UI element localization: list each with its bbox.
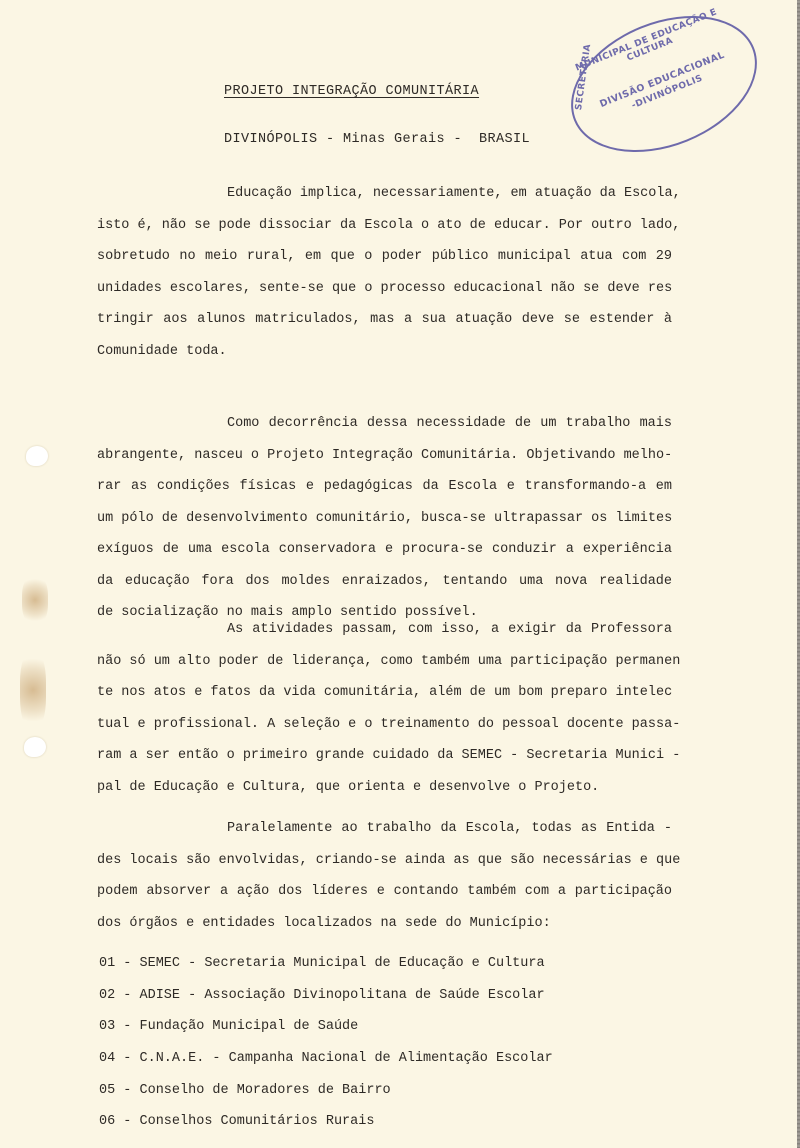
document-title: PROJETO INTEGRAÇÃO COMUNITÁRIA [224,84,479,99]
text-line: podem absorver a ação dos líderes e cont… [97,876,672,908]
text-line: sobretudo no meio rural, em que o poder … [97,241,672,273]
text-line: unidades escolares, sente-se que o proce… [97,273,672,305]
official-stamp: MUNICIPAL DE EDUCAÇÃO E CULTURA SECRETAR… [551,0,777,178]
text-line: Como decorrência dessa necessidade de um… [97,408,672,440]
text-line: ram a ser então o primeiro grande cuidad… [97,740,672,772]
rust-stain [20,650,46,730]
text-line: rar as condições físicas e pedagógicas d… [97,471,672,503]
text-line: pal de Educação e Cultura, que orienta e… [97,772,672,804]
text-line: te nos atos e fatos da vida comunitária,… [97,677,672,709]
text-line: exíguos de uma escola conservadora e pro… [97,534,672,566]
list-item: 06 - Conselhos Comunitários Rurais [99,1106,553,1138]
punch-hole [24,737,46,757]
text-line: tual e profissional. A seleção e o trein… [97,709,672,741]
text-line: Educação implica, necessariamente, em at… [97,178,672,210]
text-line: Paralelamente ao trabalho da Escola, tod… [97,813,672,845]
text-line: des locais são envolvidas, criando-se ai… [97,845,672,877]
text-line: Comunidade toda. [97,336,672,368]
text-line: da educação fora dos moldes enraizados, … [97,566,672,598]
text-line: não só um alto poder de liderança, como … [97,646,672,678]
paragraph-3: As atividades passam, com isso, a exigir… [97,614,672,803]
rust-stain [22,575,48,625]
list-item: 01 - SEMEC - Secretaria Municipal de Edu… [99,948,553,980]
text-line: isto é, não se pode dissociar da Escola … [97,210,672,242]
paragraph-2: Como decorrência dessa necessidade de um… [97,408,672,629]
entities-list: 01 - SEMEC - Secretaria Municipal de Edu… [99,948,553,1138]
paragraph-1: Educação implica, necessariamente, em at… [97,178,672,367]
list-item: 05 - Conselho de Moradores de Bairro [99,1075,553,1107]
stamp-inner-text: DIVISÃO EDUCACIONAL [572,39,752,120]
text-line: abrangente, nasceu o Projeto Integração … [97,440,672,472]
text-line: um pólo de desenvolvimento comunitário, … [97,503,672,535]
text-line: As atividades passam, com isso, a exigir… [97,614,672,646]
list-item: 03 - Fundação Municipal de Saúde [99,1011,553,1043]
text-line: dos órgãos e entidades localizados na se… [97,908,672,940]
list-item: 02 - ADISE - Associação Divinopolitana d… [99,980,553,1012]
text-line: tringir aos alunos matriculados, mas a s… [97,304,672,336]
document-subtitle: DIVINÓPOLIS - Minas Gerais - BRASIL [224,132,530,147]
list-item: 04 - C.N.A.E. - Campanha Nacional de Ali… [99,1043,553,1075]
punch-hole [26,446,48,466]
paragraph-4: Paralelamente ao trabalho da Escola, tod… [97,813,672,939]
